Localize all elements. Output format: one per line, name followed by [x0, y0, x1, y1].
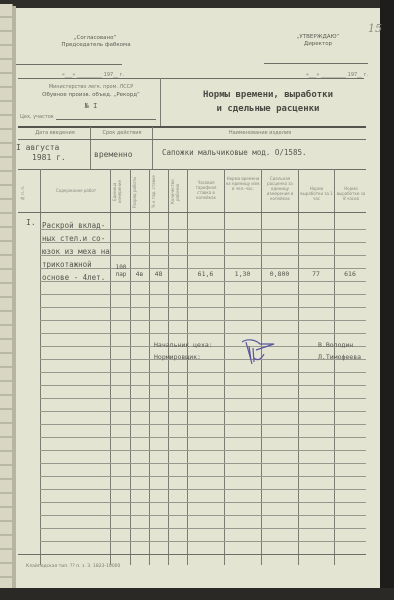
row-rule	[40, 424, 366, 425]
piece-rate-value: 0,800	[261, 270, 298, 278]
handwritten-signature	[238, 336, 278, 366]
row-rule	[40, 333, 366, 334]
shop-label: Цех, участок	[20, 114, 54, 120]
row-rule	[40, 476, 366, 477]
row-rule	[40, 502, 366, 503]
time-norm-value: 1,30	[224, 270, 261, 278]
table-bottom-line	[18, 554, 366, 555]
enterprise-label: Обувное произв. объед. „Рекорд“	[26, 92, 156, 98]
work-line-3: юзок из меха на	[42, 245, 110, 258]
form-number: № I	[26, 102, 156, 110]
term-value: временно	[94, 150, 133, 159]
approval-right-role: Директор	[288, 41, 348, 47]
row-rule	[40, 489, 366, 490]
unit-value: 100 пар	[110, 264, 132, 278]
col-header-output-8h: Норма выработки за 8 часов	[335, 186, 367, 201]
meta-divider-2	[152, 127, 153, 169]
signature-title-shop-head: Начальник цеха:	[154, 341, 213, 349]
row-rule	[40, 463, 366, 464]
signature-line-right	[264, 63, 368, 64]
frame-top-line	[18, 78, 364, 79]
product-value: Сапожки мальчиковые мод. О/1585.	[162, 148, 307, 157]
col-header-hourly-rate: Часовая тарифная ставка в копейках	[188, 180, 224, 200]
output-8h-value: 616	[334, 270, 366, 278]
scan-right-edge	[380, 0, 394, 600]
date-value-line1: I августа	[16, 143, 59, 152]
approval-left-role: Председатель фабкома	[36, 42, 156, 48]
row-rule	[40, 515, 366, 516]
col-header-work: Содержание работ	[42, 188, 110, 193]
signature-name-shop-head: В.Володин	[318, 341, 353, 349]
hourly-rate-value: 61,6	[187, 270, 224, 278]
row-rule	[40, 294, 366, 295]
col-header-num: № п. п.	[20, 178, 36, 208]
scan-bottom-edge	[0, 588, 394, 600]
work-line-2: ных стел.и со-	[42, 232, 110, 245]
work-line-4: трикотажной	[42, 258, 110, 271]
title-line-1: Нормы времени, выработки	[170, 88, 366, 102]
output-1h-value: 77	[298, 270, 334, 278]
col-header-time-norm: Норма времени на единицу изм. в чел.-час…	[225, 176, 261, 191]
row-rule	[40, 437, 366, 438]
work-line-5: основе - 4лет.	[42, 271, 110, 284]
meta-bottom-line	[18, 169, 366, 170]
col-header-grade: Разряд работы	[132, 173, 148, 211]
row-rule	[40, 320, 366, 321]
scan-top-edge	[0, 0, 394, 8]
shop-input-line	[56, 119, 156, 120]
col-header-percent: % к тар. ставке	[151, 173, 167, 211]
grade-value: 4в	[130, 270, 149, 278]
row-rule	[40, 398, 366, 399]
work-line-1: Раскрой вклад-	[42, 219, 110, 232]
col-header-piece-rate: Сдельная расценка за единицу измерения в…	[262, 176, 298, 201]
col-header-unit: Единица измерения	[112, 173, 128, 211]
row-rule	[40, 372, 366, 373]
product-header: Наименование изделия	[154, 130, 366, 136]
document-page: „Согласовано“ Председатель фабкома «___»…	[16, 8, 380, 590]
percent-value: 48	[149, 270, 168, 278]
row-rule	[40, 411, 366, 412]
title-line-2: и сдельные расценки	[170, 102, 366, 116]
signature-line-left	[16, 64, 122, 65]
document-title: Нормы времени, выработки и сдельные расц…	[170, 88, 366, 116]
work-description: Раскрой вклад- ных стел.и со- юзок из ме…	[42, 219, 110, 284]
meta-header-line	[18, 139, 366, 140]
row-number: I.	[26, 218, 36, 227]
approval-left-heading: „Согласовано“	[50, 35, 140, 41]
row-rule	[40, 307, 366, 308]
date-value-line2: 1981 г.	[32, 153, 66, 162]
row-rule	[40, 450, 366, 451]
approval-right-heading: „УТВЕРЖДАЮ“	[288, 34, 348, 40]
page-number-mark: 15	[368, 22, 382, 35]
signature-name-norm-setter: Л.Тимофеева	[318, 353, 361, 361]
col-header-workers: Количество рабочих	[170, 173, 186, 211]
row-rule	[40, 541, 366, 542]
date-header: Дата введения	[20, 130, 90, 136]
meta-divider-1	[90, 127, 91, 169]
row-rule	[40, 385, 366, 386]
ministry-label: Министерство легк. пром. ЛССР	[26, 84, 156, 90]
meta-top-line	[18, 126, 366, 128]
printer-imprint: Клайпедская тип. ?? п. з. З. 1823-10000	[26, 564, 120, 569]
frame-divider	[160, 78, 161, 128]
col-header-output-1h: Норма выработки за 1 час	[299, 186, 334, 201]
term-header: Срок действия	[92, 130, 152, 136]
header-bottom-line	[18, 212, 366, 213]
row-rule	[40, 528, 366, 529]
signature-title-norm-setter: Нормировщик:	[154, 353, 201, 361]
